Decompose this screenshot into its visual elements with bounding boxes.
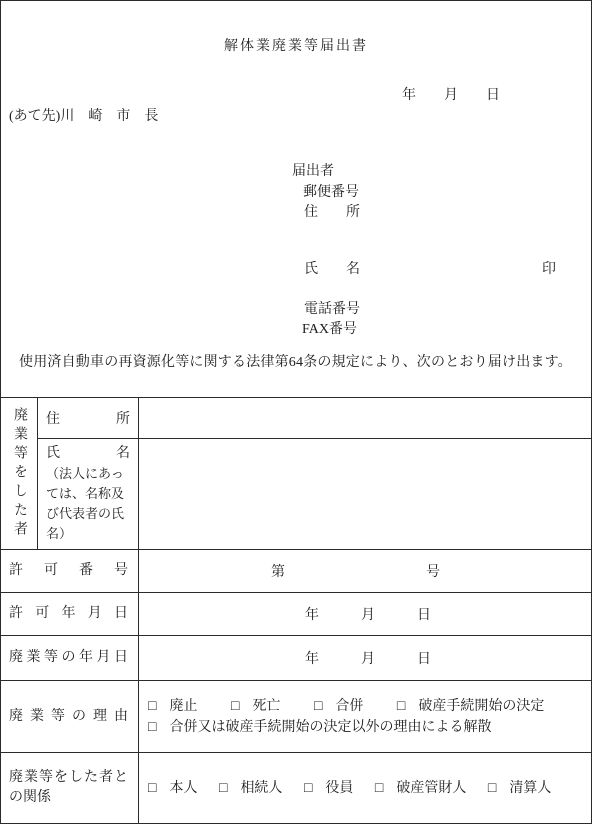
reason-option-hasan: □破産手続開始の決定: [397, 699, 544, 714]
checkbox-icon: □: [397, 699, 405, 714]
reason-option-shibo: □死亡: [231, 699, 280, 714]
reason-options-line1: □廃止 □死亡 □合併 □破産手続開始の決定: [148, 696, 544, 717]
table-row-closure-date: 廃業等の年月日 年 月 日: [1, 635, 591, 680]
table-row-person-name: 氏名 （法人にあっては、名称及び代表者の氏名）: [38, 438, 591, 549]
permit-date-value-cell: 年 月 日: [139, 593, 591, 635]
fax-number-label: FAX番号: [302, 318, 357, 338]
reason-options-cell: □廃止 □死亡 □合併 □破産手続開始の決定 □合併又は破産手続開始の決定以外の…: [139, 681, 591, 752]
permit-date-label-cell: 許可年月日: [1, 593, 139, 635]
reason-option-gappei: □合併: [314, 699, 363, 714]
relation-option-honnin: □本人: [148, 781, 197, 796]
reason-option-kaisan: □合併又は破産手続開始の決定以外の理由による解散: [148, 720, 491, 735]
table-row-person: 廃業等をした者 住所 氏名 （法人にあっては、名称及び代表者の氏名）: [1, 398, 591, 549]
page-title: 解体業廃業等届出書: [1, 35, 591, 55]
relation-option-yakuin: □役員: [304, 781, 353, 796]
checkbox-icon: □: [375, 781, 383, 796]
checkbox-icon: □: [304, 781, 312, 796]
permit-number-value-cell: 第 号: [139, 550, 591, 592]
permit-number-suffix: 号: [426, 561, 440, 581]
permit-number-prefix: 第: [271, 561, 285, 581]
relation-options-cell: □本人 □相続人 □役員 □破産管財人 □清算人: [139, 753, 591, 823]
relation-option-sozokunin: □相続人: [219, 781, 282, 796]
addressee-line: (あて先)川 崎 市 長: [9, 105, 158, 125]
checkbox-icon: □: [148, 699, 156, 714]
legal-statement: 使用済自動車の再資源化等に関する法律第64条の規定により、次のとおり届け出ます。: [19, 351, 572, 371]
reason-label-cell: 廃業等の理由: [1, 681, 139, 752]
table-row-relation: 廃業等をした者との関係 □本人 □相続人 □役員 □破産管財人 □清算人: [1, 752, 591, 823]
table-row-reason: 廃業等の理由 □廃止 □死亡 □合併 □破産手続開始の決定 □合併又は破産手続開…: [1, 680, 591, 752]
relation-option-seisannin: □清算人: [488, 781, 551, 796]
person-name-note: （法人にあっては、名称及び代表者の氏名）: [46, 464, 130, 544]
reason-option-haishi: □廃止: [148, 699, 197, 714]
declarant-name-label: 氏 名: [304, 258, 360, 278]
table-row-permit-number: 許可番号 第 号: [1, 549, 591, 592]
declarant-heading: 届出者: [292, 160, 334, 180]
closure-date-label-cell: 廃業等の年月日: [1, 636, 139, 680]
checkbox-icon: □: [219, 781, 227, 796]
closure-date-value-cell: 年 月 日: [139, 636, 591, 680]
seal-label: 印: [542, 258, 556, 278]
checkbox-icon: □: [148, 781, 156, 796]
notification-form-page: 解体業廃業等届出書 年 月 日 (あて先)川 崎 市 長 届出者 郵便番号 住 …: [0, 0, 592, 824]
relation-option-kanzainin: □破産管財人: [375, 781, 466, 796]
table-row-permit-date: 許可年月日 年 月 日: [1, 592, 591, 635]
table-row-person-address: 住所: [38, 398, 591, 438]
submission-date-line: 年 月 日: [402, 84, 500, 104]
permit-number-label-cell: 許可番号: [1, 550, 139, 592]
relation-label-cell: 廃業等をした者との関係: [1, 753, 139, 823]
person-group-header: 廃業等をした者: [1, 398, 38, 549]
checkbox-icon: □: [314, 699, 322, 714]
checkbox-icon: □: [148, 720, 156, 735]
relation-options-line: □本人 □相続人 □役員 □破産管財人 □清算人: [148, 778, 551, 799]
person-name-label-cell: 氏名 （法人にあっては、名称及び代表者の氏名）: [38, 439, 139, 549]
declarant-address-label: 住 所: [304, 201, 360, 221]
checkbox-icon: □: [231, 699, 239, 714]
form-table: 廃業等をした者 住所 氏名 （法人にあっては、名称及び代表者の氏名）: [1, 397, 591, 823]
person-address-value-cell: [139, 398, 591, 438]
postal-code-label: 郵便番号: [303, 181, 359, 201]
person-address-label-cell: 住所: [38, 398, 139, 438]
person-name-value-cell: [139, 439, 591, 549]
reason-options-line2: □合併又は破産手続開始の決定以外の理由による解散: [148, 717, 491, 738]
phone-number-label: 電話番号: [304, 298, 360, 318]
checkbox-icon: □: [488, 781, 496, 796]
